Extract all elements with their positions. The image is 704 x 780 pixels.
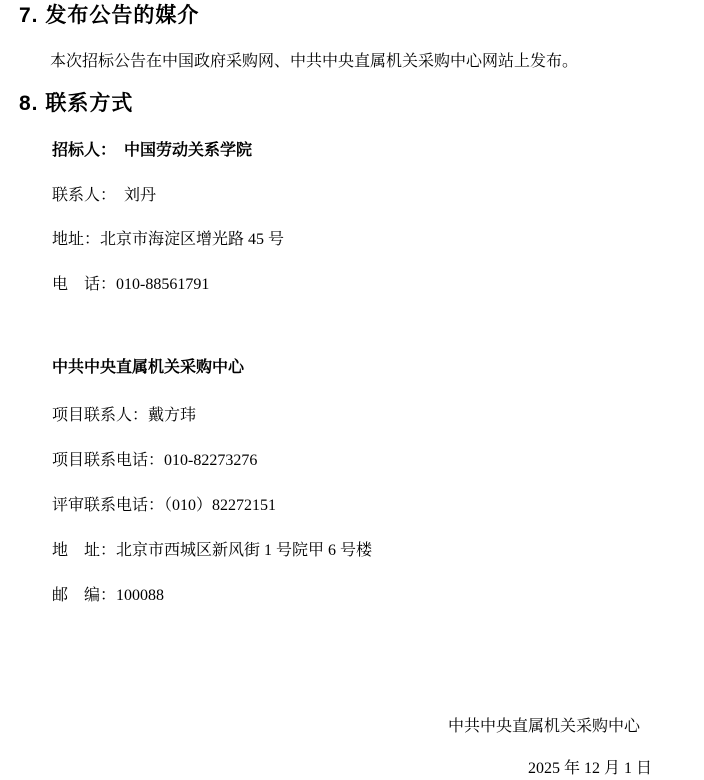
project-phone-line: 项目联系电话：010-82273276 bbox=[52, 451, 257, 471]
signature-date: 2025 年 12 月 1 日 bbox=[528, 759, 652, 779]
section-7-heading: 7. 发布公告的媒介 bbox=[19, 3, 199, 29]
postal-code-line: 邮 编：100088 bbox=[52, 586, 164, 606]
procurement-center-title: 中共中央直属机关采购中心 bbox=[52, 358, 244, 378]
section-8-heading: 8. 联系方式 bbox=[19, 91, 133, 117]
document-page: 7. 发布公告的媒介 本次招标公告在中国政府采购网、中共中央直属机关采购中心网站… bbox=[0, 0, 704, 780]
section-7-paragraph: 本次招标公告在中国政府采购网、中共中央直属机关采购中心网站上发布。 bbox=[50, 51, 578, 72]
center-address-line: 地 址：北京市西城区新风街 1 号院甲 6 号楼 bbox=[52, 541, 372, 561]
review-phone-line: 评审联系电话：（010）82272151 bbox=[52, 496, 276, 516]
tenderer-contact-person-line: 联系人： 刘丹 bbox=[52, 186, 156, 206]
signature-organization: 中共中央直属机关采购中心 bbox=[448, 717, 640, 737]
tenderer-name-line: 招标人： 中国劳动关系学院 bbox=[52, 141, 252, 161]
tenderer-address-line: 地址：北京市海淀区增光路 45 号 bbox=[52, 230, 284, 250]
tenderer-phone-line: 电 话：010-88561791 bbox=[52, 275, 209, 295]
project-contact-person-line: 项目联系人：戴方玮 bbox=[52, 406, 196, 426]
